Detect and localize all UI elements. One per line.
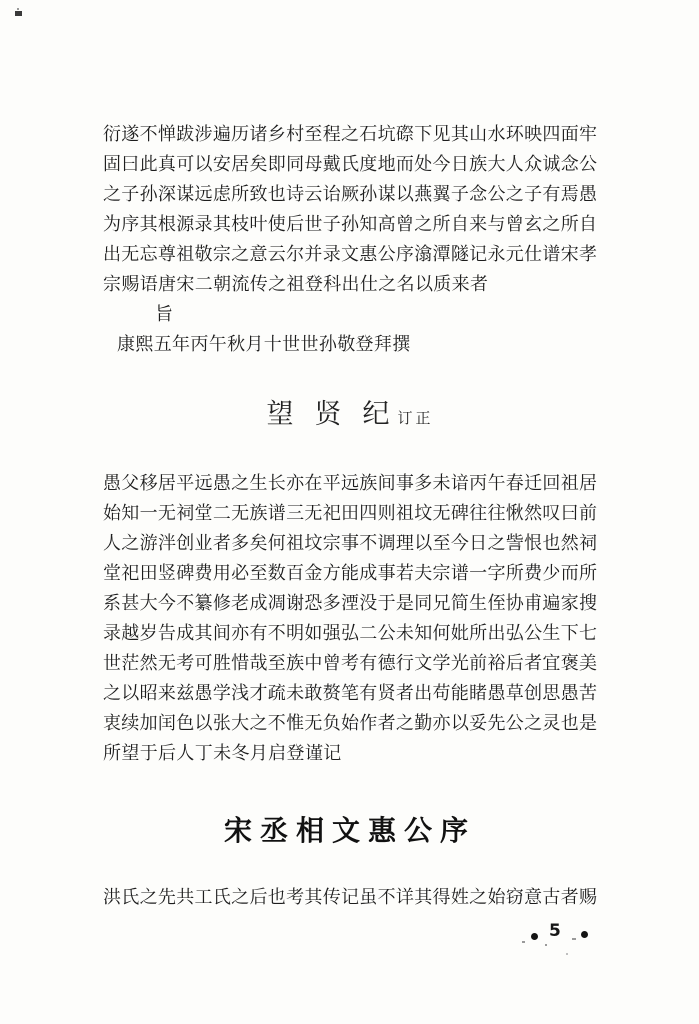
page-number-right-dot: [581, 931, 588, 938]
dateline: 康熙五年丙午秋月十世世孙敬登拜撰: [103, 329, 597, 359]
text-line: 始知一无祠堂二无族谱三无祀田四则祖坟无碑往往愀然叹曰前: [103, 498, 597, 528]
ink-speck: [522, 941, 525, 943]
text-line: 之子孙深谋远虑所致也诗云诒厥孙谋以燕翼子念公之子有焉愚: [103, 179, 597, 209]
text-line: 人之游泮创业者多矣何祖坟宗事不调理以至今日之訾恨也然祠: [103, 528, 597, 558]
section-title-wangxianji: 望贤纪订正: [103, 393, 597, 440]
section-title-song-chengxiang-preface: 宋丞相文惠公序: [103, 812, 597, 852]
text-line: 之以昭来兹愚学浅才疏未敢赘笔有贤者出苟能睹愚草创思愚苦: [103, 678, 597, 708]
page-number-left-dot: [531, 933, 538, 940]
ink-speck: [566, 953, 568, 955]
section-title-annotation: 订正: [397, 411, 433, 427]
text-line: 宗赐语唐宋二朝流传之祖登科出仕之名以质来者: [103, 269, 597, 299]
text-line: 录越岁告成其间亦有不明如强弘二公未知何妣所出弘公生下七: [103, 618, 597, 648]
paragraph-1: 衍遂不惮跋涉遍历诸乡村至程之石坑磜下见其山水环映四面牢 固曰此真可以安居矣即同母…: [103, 119, 597, 359]
text-line: 为序其根源录其枝叶使后世子孙知高曾之所自来与曾玄之所自: [103, 209, 597, 239]
scanned-page: 衍遂不惮跋涉遍历诸乡村至程之石坑磜下见其山水环映四面牢 固曰此真可以安居矣即同母…: [0, 0, 699, 1024]
text-line: 衍遂不惮跋涉遍历诸乡村至程之石坑磜下见其山水环映四面牢: [103, 119, 597, 149]
text-line: 堂祀田竖碑费用必至数百金方能成事若夫宗谱一字所费少而所: [103, 558, 597, 588]
imperial-rescript-line: 旨: [103, 299, 597, 329]
paragraph-3: 洪氏之先共工氏之后也考其传记虽不详其得姓之始窃意古者赐: [103, 882, 597, 912]
text-line: 系甚大今不纂修老成凋谢恐多湮没于是同兄简生侄协甫遍家搜: [103, 588, 597, 618]
text-line: 出无忘尊祖敬宗之意云尔并录文惠公序潝潭隧记永元仕谱宋孝: [103, 239, 597, 269]
text-line: 愚父移居平远愚之生长亦在平远族间事多未谙丙午春迁回祖居: [103, 468, 597, 498]
text-line: 洪氏之先共工氏之后也考其传记虽不详其得姓之始窃意古者赐: [103, 882, 597, 912]
ink-speck: [15, 11, 22, 16]
text-line: 衷续加闰色以张大之不惟无负始作者之勤亦以妥先公之灵也是: [103, 708, 597, 738]
ink-speck: [17, 8, 19, 10]
text-line: 世茫然无考可胜惜哉至族中曾考有德行文学光前裕后者宜褒美: [103, 648, 597, 678]
text-line: 所望于后人丁未冬月启登谨记: [103, 738, 597, 768]
ink-speck: [545, 944, 547, 946]
text-line: 固曰此真可以安居矣即同母戴氏度地而处今日族大人众诚念公: [103, 149, 597, 179]
section-title-text: 望贤纪: [266, 399, 410, 429]
ink-speck: [572, 938, 576, 940]
page-number: 5: [549, 921, 561, 941]
paragraph-2: 愚父移居平远愚之生长亦在平远族间事多未谙丙午春迁回祖居 始知一无祠堂二无族谱三无…: [103, 468, 597, 768]
